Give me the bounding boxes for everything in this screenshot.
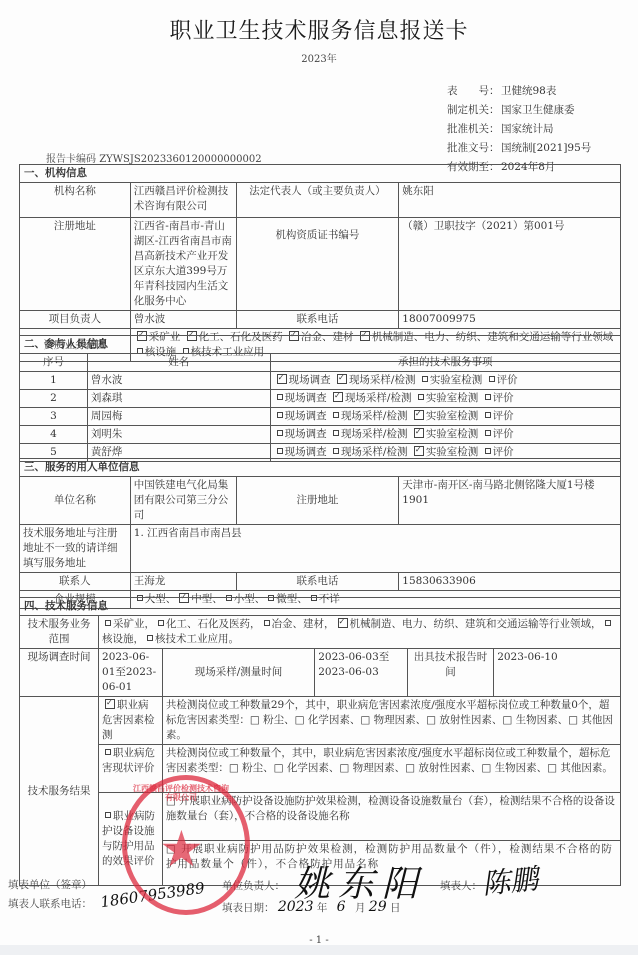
table-row: 3周园梅现场调查 现场采样/检测 实验室检测 评价: [20, 408, 621, 426]
person-tasks: 现场调查 现场采样/检测 实验室检测 评价: [270, 372, 620, 390]
option-label: 核设施，: [102, 633, 144, 645]
person-name: 周园梅: [87, 408, 270, 426]
option-label: 采矿业，: [113, 618, 155, 630]
section-personnel: 二、参与人员信息 序号 姓名 承担的技术服务事项 1曾水波现场调查 现场采样/检…: [19, 335, 621, 462]
checkbox-empty-icon[interactable]: [485, 430, 491, 436]
legal-rep: 姚东阳: [399, 183, 621, 218]
checkbox-empty-icon[interactable]: [605, 620, 611, 626]
result-detection-text: 共检测岗位或工种数量29个，其中，职业病危害因素浓度/强度水平超标岗位或工种数量…: [162, 697, 620, 745]
checkbox-empty-icon[interactable]: [147, 635, 153, 641]
option-label: 现场采样/检测: [345, 392, 415, 404]
option-label: 核技术工业应用。: [155, 633, 239, 645]
checkbox-checked-icon[interactable]: [333, 392, 343, 402]
option-label: 实验室检测: [430, 374, 486, 386]
sampling-time: 2023-06-03至2023-06-03: [315, 649, 408, 697]
person-tasks: 现场调查 现场采样/检测 实验室检测 评价: [270, 426, 620, 444]
checkbox-empty-icon[interactable]: [158, 620, 164, 626]
section-org-info: 一、机构信息 机构名称 江西赣昌评价检测技术咨询有限公司 法定代表人（或主要负责…: [19, 164, 621, 362]
meta-row: 批准文号：国统制[2021]95号: [447, 139, 591, 158]
checkbox-empty-icon[interactable]: [277, 448, 283, 454]
cert-number: （赣）卫职技字（2021）第001号: [399, 218, 621, 311]
form-meta: 表 号：卫健统98表制定机关：国家卫生健康委批准机关：国家统计局批准文号：国统制…: [447, 82, 591, 177]
checkbox-empty-icon[interactable]: [333, 412, 339, 418]
option-label: 实验室检测: [426, 410, 482, 422]
checkbox-empty-icon[interactable]: [105, 620, 111, 626]
option-label: 现场调查: [289, 374, 334, 386]
checkbox-checked-icon[interactable]: [337, 374, 347, 384]
option-label: 现场采样/检测: [341, 410, 411, 422]
fill-unit-label: 填表单位（签章）: [8, 877, 92, 892]
option-label: 实验室检测: [426, 428, 482, 440]
section-service-info: 四、技术服务信息 技术服务业务范围 采矿业，化工、石化及医药，冶金、建材，机械制…: [19, 597, 621, 886]
result-evaluation-label: 职业病危害现状评价: [99, 745, 163, 793]
report-year: 2023年: [0, 50, 638, 65]
checkbox-empty-icon[interactable]: [422, 376, 428, 382]
results-label: 技术服务结果: [20, 697, 99, 886]
option-label: 评价: [497, 374, 518, 386]
option-label: 现场调查: [285, 392, 330, 404]
section-title: 四、技术服务信息: [20, 598, 621, 616]
unit-head-label: 单位负责人：: [222, 878, 285, 893]
report-time: 2023-06-10: [494, 649, 621, 697]
option-label: 评价: [493, 410, 514, 422]
section-title: 一、机构信息: [20, 165, 621, 183]
filler-label: 填表人：: [440, 878, 482, 893]
result-protection-equipment-text: □ 开展职业病防护设备设施防护效果检测，检测设备设施数量台（套），检测结果不合格…: [162, 793, 620, 841]
page-title: 职业卫生技术服务信息报送卡: [0, 14, 638, 45]
person-tasks: 现场调查 现场采样/检测 实验室检测 评价: [270, 390, 620, 408]
checkbox-empty-icon[interactable]: [489, 376, 495, 382]
person-tasks: 现场调查 现场采样/检测 实验室检测 评价: [270, 408, 620, 426]
person-name: 曾水波: [87, 372, 270, 390]
option-label: 机械制造、电力、纺织、建筑和交通运输等行业领域，: [350, 618, 602, 630]
filler-signature: 陈鹏: [480, 857, 540, 903]
service-scope: 采矿业，化工、石化及医药，冶金、建材，机械制造、电力、纺织、建筑和交通运输等行业…: [99, 616, 621, 649]
checkbox-empty-icon[interactable]: [105, 749, 111, 755]
option-label: 现场调查: [285, 446, 330, 458]
option-label: 实验室检测: [426, 446, 482, 458]
report-code: 报告卡编码 ZYWSJS2023360120000000002: [46, 150, 262, 165]
meta-row: 表 号：卫健统98表: [447, 82, 591, 101]
checkbox-empty-icon[interactable]: [277, 394, 283, 400]
unit-phone: 15830633906: [399, 573, 621, 591]
meta-row: 制定机关：国家卫生健康委: [447, 101, 591, 120]
checkbox-checked-icon[interactable]: [414, 410, 424, 420]
unit-contact: 王海龙: [130, 573, 236, 591]
section-title: 三、服务的用人单位信息: [20, 459, 621, 477]
section-title: 二、参与人员信息: [20, 336, 621, 354]
checkbox-empty-icon[interactable]: [485, 412, 491, 418]
fill-date: 填表日期： 2023 年 6 月 29 日: [222, 899, 400, 915]
result-detection-label: 职业病危害因素检测: [99, 697, 163, 745]
org-reg-address: 江西省-南昌市-青山湖区-江西省南昌市南昌高新技术产业开发区京东大道399号万年…: [130, 218, 236, 311]
option-label: 现场采样/检测: [341, 446, 411, 458]
option-label: 现场调查: [285, 428, 330, 440]
checkbox-checked-icon[interactable]: [105, 699, 115, 709]
checkbox-empty-icon[interactable]: [277, 412, 283, 418]
checkbox-checked-icon[interactable]: [414, 446, 424, 456]
checkbox-empty-icon[interactable]: [418, 394, 424, 400]
option-label: 现场采样/检测: [349, 374, 419, 386]
bottom-strip: [0, 945, 638, 955]
checkbox-empty-icon[interactable]: [105, 812, 111, 818]
option-label: 冶金、建材，: [272, 618, 335, 630]
table-row: 4刘明朱现场调查 现场采样/检测 实验室检测 评价: [20, 426, 621, 444]
table-row: 1曾水波现场调查 现场采样/检测 实验室检测 评价: [20, 372, 621, 390]
option-label: 评价: [493, 392, 514, 404]
document-page: 职业卫生技术服务信息报送卡 2023年 表 号：卫健统98表制定机关：国家卫生健…: [0, 0, 638, 945]
result-protection-label: 职业病防护设备设施与防护用品的效果评价: [99, 793, 163, 886]
org-name: 江西赣昌评价检测技术咨询有限公司: [130, 183, 236, 218]
survey-time: 2023-06-01至2023-06-01: [99, 649, 163, 697]
checkbox-empty-icon[interactable]: [277, 430, 283, 436]
result-evaluation-text: 共检测岗位或工种数量个，其中，职业病危害因素浓度/强度水平超标岗位或工种数量个，…: [162, 745, 620, 793]
option-label: 评价: [493, 428, 514, 440]
filler-phone-label: 填表人联系电话：: [8, 896, 92, 911]
checkbox-empty-icon[interactable]: [333, 430, 339, 436]
org-phone: 18007009975: [399, 311, 621, 329]
service-address: 1. 江西省南昌市南昌县: [130, 525, 620, 573]
option-label: 实验室检测: [426, 392, 482, 404]
unit-name: 中国铁建电气化局集团有限公司第三分公司: [130, 477, 236, 525]
section-employer-info: 三、服务的用人单位信息 单位名称 中国铁建电气化局集团有限公司第三分公司 注册地…: [19, 458, 621, 609]
project-lead: 曾水波: [130, 311, 236, 329]
table-row: 2刘森琪现场调查 现场采样/检测 实验室检测 评价: [20, 390, 621, 408]
checkbox-checked-icon[interactable]: [414, 428, 424, 438]
checkbox-empty-icon[interactable]: [333, 448, 339, 454]
option-label: 评价: [493, 446, 514, 458]
option-label: 现场采样/检测: [341, 428, 411, 440]
option-label: 化工、石化及医药，: [166, 618, 261, 630]
meta-row: 批准机关：国家统计局: [447, 120, 591, 139]
checkbox-empty-icon[interactable]: [264, 620, 270, 626]
option-label: 现场调查: [285, 410, 330, 422]
checkbox-empty-icon[interactable]: [485, 448, 491, 454]
checkbox-checked-icon[interactable]: [277, 374, 287, 384]
checkbox-checked-icon[interactable]: [338, 618, 348, 628]
checkbox-empty-icon[interactable]: [485, 394, 491, 400]
person-name: 刘森琪: [87, 390, 270, 408]
unit-reg-address: 天津市-南开区-南马路北侧铭隆大厦1号楼1901: [399, 477, 621, 525]
person-name: 刘明朱: [87, 426, 270, 444]
